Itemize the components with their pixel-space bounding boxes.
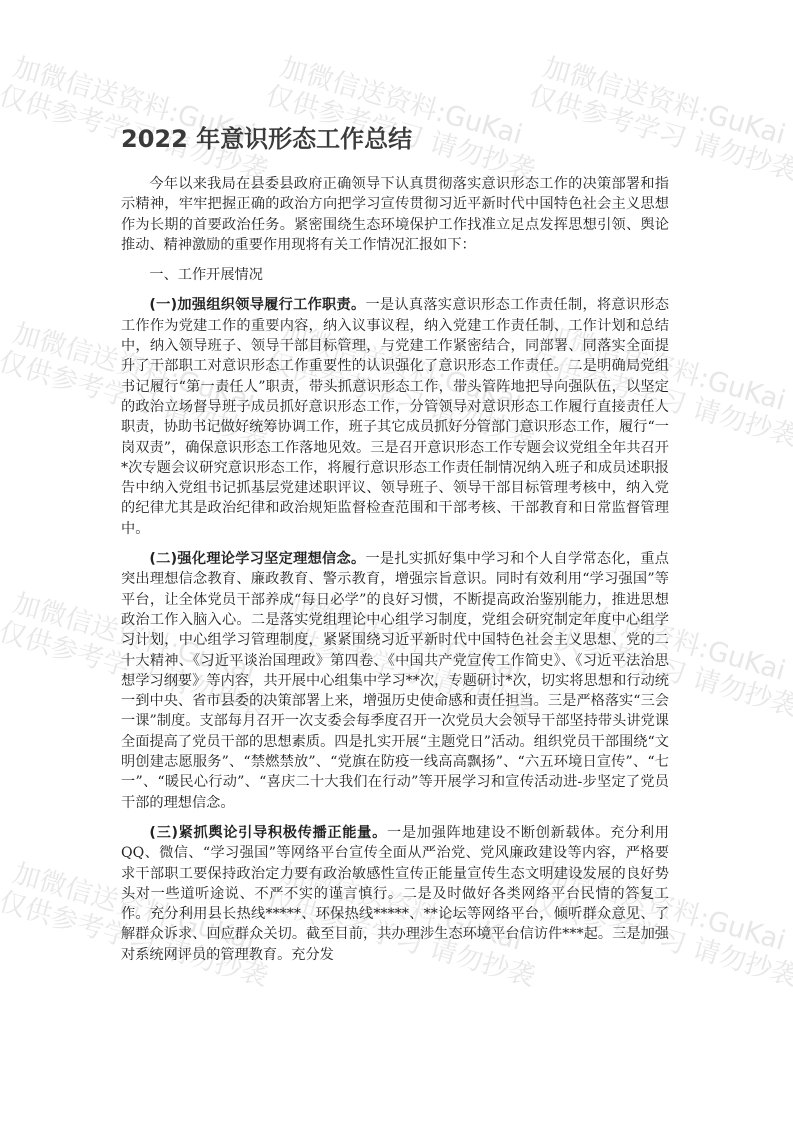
paragraph-body: 一是认真落实意识形态工作责任制，将意识形态工作作为党建工作的重要内容，纳入议事议…: [121, 297, 669, 536]
section-heading: 一、工作开展情况: [121, 265, 669, 285]
subsection-heading: (三)紧抓舆论引导积极传播正能量。: [149, 825, 387, 841]
paragraph-item-1: (一)加强组织领导履行工作职责。一是认真落实意识形态工作责任制，将意识形态工作作…: [121, 295, 669, 539]
subsection-heading: (二)强化理论学习坚定理想信念。: [149, 551, 365, 567]
document-page: 加微信送资料:GuKai仅供参考学习 请勿抄袭 加微信送资料:GuKai仅供参考…: [0, 0, 793, 1122]
subsection-heading: (一)加强组织领导履行工作职责。: [149, 297, 365, 313]
paragraph-body: 一是加强阵地建设不断创新载体。充分利用 QQ、微信、“学习强国”等网络平台宣传全…: [121, 825, 669, 963]
document-body: 2022 年意识形态工作总结 今年以来我局在县委县政府正确领导下认真贯彻落实意识…: [121, 124, 669, 975]
paragraph-item-3: (三)紧抓舆论引导积极传播正能量。一是加强阵地建设不断创新载体。充分利用 QQ、…: [121, 823, 669, 965]
document-title: 2022 年意识形态工作总结: [121, 124, 669, 154]
paragraph-body: 一是扎实抓好集中学习和个人自学常态化，重点突出理想信念教育、廉政教育、警示教育，…: [121, 551, 669, 811]
intro-paragraph: 今年以来我局在县委县政府正确领导下认真贯彻落实意识形态工作的决策部署和指示精神，…: [121, 174, 669, 255]
paragraph-item-2: (二)强化理论学习坚定理想信念。一是扎实抓好集中学习和个人自学常态化，重点突出理…: [121, 549, 669, 813]
